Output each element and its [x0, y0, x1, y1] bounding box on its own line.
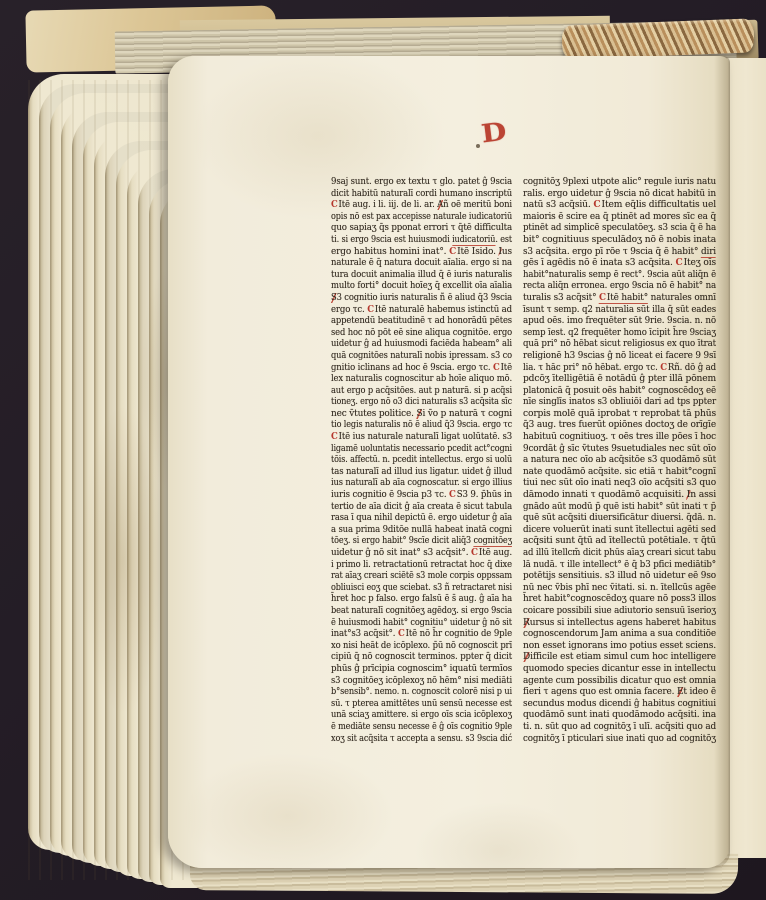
verso-page: D 9saj sunt. ergo ex textu τ glo. patet …: [168, 56, 730, 868]
text-line: xoʒ sit acq̄sita τ accepta a sensu. s3 9…: [331, 734, 512, 746]
text-line: tio legis naturalis nō ē aliud q̄3 9scia…: [331, 420, 512, 432]
text-line: nū nec v̄bis phī nec v̄itati. si. n. īte…: [523, 583, 716, 595]
text-line: acq̄siti sunt q̄tū ad ītellectū potētial…: [523, 536, 716, 548]
text-line: tōeʒ. si ergo habit° 9scīe dicit aliq̄3 …: [331, 536, 512, 548]
text-line: cognitōʒ ī pticulari siue inati quo ad c…: [523, 734, 716, 746]
text-line: semp īest. q2 frequēter homo īcipit h̄re…: [523, 328, 716, 340]
text-line: ad illū ītellcm̄ dicit phūs aīaʒ creari …: [523, 548, 716, 560]
text-line: gnitio iclinans ad hoc ē 9scia. ergo τc.…: [331, 363, 512, 375]
text-line: lia. τ hāc pri° nō hēbat. ergo τc. CRñ. …: [523, 363, 716, 375]
text-line: rat aīaʒ creari sciētē s3 mole corpis op…: [331, 571, 512, 583]
text-line: recta aliq̄n erronea. ergo 9scia nō ē ha…: [523, 281, 716, 293]
text-line: b°sensib°. nemo. n. cognoscit colorē nis…: [331, 687, 512, 699]
text-line: ē huiusmodi habit° cognitiu° uidetur ĝ n…: [331, 618, 512, 630]
text-line: appetendū beatitudinē τ ad honorādū pēte…: [331, 316, 512, 328]
text-line: h̄ret hoc p falso. ergo falsū ē s̄ aug. …: [331, 594, 512, 606]
book-photo: D 9saj sunt. ergo ex textu τ glo. patet …: [0, 0, 766, 900]
text-line: tura docuit animalia illud q̄ ē iuris na…: [331, 270, 512, 282]
text-line: turalis s3 acq̄sit° CItē habit° naturale…: [523, 293, 716, 305]
text-line: cognitōʒ 9plexi utpote alic° regule iuri…: [523, 177, 716, 189]
text-line: s3 cognitōeʒ icōplexoʒ nō hēm° nisi medi…: [331, 676, 512, 688]
text-column-right: cognitōʒ 9plexi utpote alic° regule iuri…: [523, 177, 716, 745]
text-line: S3 cognitio iuris naturalis ñ ē aliud q̄…: [331, 293, 512, 305]
text-line: nec v̄tutes politice. Si v̄o p naturā τ …: [331, 409, 512, 421]
text-line: i primo li. retractationū retractat hoc …: [331, 560, 512, 572]
text-line: q̄3 aug. tres fuerūt opiōnes doctoʒ de o…: [523, 420, 716, 432]
text-line: dicit habitū naturalī cordi humano inscr…: [331, 189, 512, 201]
text-line: pdcōʒ ītelligētiā ē notādū ĝ pter illā p…: [523, 374, 716, 386]
text-line: unā sciaʒ amittere. si ergo oīs scia icō…: [331, 710, 512, 722]
text-line: CItē ius naturale naturalī ligat uolūtat…: [331, 432, 512, 444]
text-line: ti. n. sūt quo ad cognitōʒ ī ulī. acq̄si…: [523, 722, 716, 734]
text-line: ergo τc. CItē naturalē habemus istinctū …: [331, 305, 512, 317]
text-line: inat°s3 acq̄sit°. CItē nō h̄r cognitio d…: [331, 629, 512, 641]
text-line: lex naturalis cognoscitur ab hoīe aliquo…: [331, 374, 512, 386]
text-line: phūs ĝ prīcipia cognoscim° iquatū termīo…: [331, 664, 512, 676]
text-line: religionē h3 9scias ĝ nō liceat ei facer…: [523, 351, 716, 363]
text-line: cognoscendorum Jam anima a sua conditiōe: [523, 629, 716, 641]
text-line: gēs ī agēdis nō ē inata s3 acq̄sita. CIt…: [523, 258, 716, 270]
text-column-left: 9saj sunt. ergo ex textu τ glo. patet ĝ …: [331, 177, 512, 745]
text-line: obliuisci eoʒ que sciebat. s3 ñ retracta…: [331, 583, 512, 595]
text-line: quā cognitōes naturalī nobis ipressam. s…: [331, 351, 512, 363]
text-line: iuris cognitio ē 9scia p3 τc. CS3 9. p̄h…: [331, 490, 512, 502]
text-line: opis nō est pax accepisse naturale iudic…: [331, 212, 512, 224]
text-line: apud oēs. imo frequēter sūt 9rie. 9scia.…: [523, 316, 716, 328]
text-line: tas naturalī ad illud ius ligatur. uidet…: [331, 467, 512, 479]
text-line: a natura nec oīo ab acq̄sitōe s3 quodāmō…: [523, 455, 716, 467]
text-line: quomodo species dicantur esse in intelle…: [523, 664, 716, 676]
text-line: habit°naturalis semp ē rect°. 9scia aūt …: [523, 270, 716, 282]
text-line: habituū cognitiuoʒ. τ oēs tres ille pōes…: [523, 432, 716, 444]
text-line: rasa ī qua nihil depictū ē. ergo uidetur…: [331, 513, 512, 525]
text-line: ligamē uoluntatis necessario pcedit act°…: [331, 444, 512, 456]
text-line: quo sapiaʒ q̄s pponat errori τ q̄tē diff…: [331, 223, 512, 235]
text-line: quā pri° nō hēbat sicut religiosus ex qu…: [523, 339, 716, 351]
text-line: platonicā q̄ posuit oēs habit° cognoscēd…: [523, 386, 716, 398]
text-line: lā nudā. τ ille intellect° ē q̄ b3 pfici…: [523, 560, 716, 572]
text-line: ralis. ergo uidetur ĝ 9scia nō dicat hab…: [523, 189, 716, 201]
text-line: Rursus si intellectus agens haberet habi…: [523, 618, 716, 630]
text-line: tōis. affectū. n. pcedit intellectus. er…: [331, 455, 512, 467]
text-line: nate quodāmō acq̄site. sic etiā τ habit°…: [523, 467, 716, 479]
text-line: multo forti° docuit hoīeʒ q̄ excellit oī…: [331, 281, 512, 293]
text-line: fieri τ agens quo est omnia facere. Et i…: [523, 687, 716, 699]
text-line: sū. τ pterea amittētes unū sensū necesse…: [331, 699, 512, 711]
text-line: uidetur ĝ nō sit inat° s3 acq̄sit°. CItē…: [331, 548, 512, 560]
text-line: ē mediāte sensu necesse ē ĝ oīs cognitio…: [331, 722, 512, 734]
text-line: s3 acq̄sita. ergo pī rōe τ 9scia q̄ ē ha…: [523, 247, 716, 259]
text-line: maioris ē scire ea q̄ ptinēt ad mores sī…: [523, 212, 716, 224]
text-line: corpis molē quā iprobat τ reprobat tā ph…: [523, 409, 716, 421]
text-line: gnādo aūt modū p̄ quē isti habit° sūt in…: [523, 502, 716, 514]
text-line: sed hoc nō pōt eē sine aliqua cognitōe. …: [331, 328, 512, 340]
text-line: nīe singlīs inatos s3 obliuiōi dari ad t…: [523, 397, 716, 409]
text-line: ergo habitus homini inat°. CItē Isido. I…: [331, 247, 512, 259]
text-line: naturale ē q̄ natura docuit aīalia. ergo…: [331, 258, 512, 270]
text-line: secundus modus dicendi ĝ habitus cogniti…: [523, 699, 716, 711]
text-line: tertio de aīa dicit ĝ aīa creata ē sicut…: [331, 502, 512, 514]
text-line: non esset ignorans imo potius esset scie…: [523, 641, 716, 653]
text-line: bit° cognitiuus speculādoʒ nō ē nobis in…: [523, 235, 716, 247]
text-line: cipiū q̄ nō cognoscit terminos. ppter q̄…: [331, 652, 512, 664]
text-line: uidetur ĝ ad huiusmodi faciēda habeam° a…: [331, 339, 512, 351]
text-line: Difficile est etiam simul cum hoc intell…: [523, 652, 716, 664]
ink-speck: [476, 144, 480, 148]
text-line: coicare possibili siue adiutorio sensuū …: [523, 606, 716, 618]
text-line: īsunt τ semp. q2 naturalia sūt illa q̄ s…: [523, 305, 716, 317]
text-line: dicere voluerūt inati sunt ītellectui ag…: [523, 525, 716, 537]
text-line: aut ergo p acq̄sitōes. aut p naturā. si …: [331, 386, 512, 398]
text-line: quē sūt acq̄siti diuersificātur diuersi.…: [523, 513, 716, 525]
rubric-quire-mark: D: [480, 117, 508, 149]
text-line: dāmodo innati τ quodāmō acquisiti. In as…: [523, 490, 716, 502]
text-line: 9cordāt ĝ sīc v̄tutes 9suetudiales nec s…: [523, 444, 716, 456]
text-line: ius naturalī ab aīa cognoscatur. si ergo…: [331, 478, 512, 490]
text-line: ti. si ergo 9scia est huiusmodi iudicato…: [331, 235, 512, 247]
text-line: beat naturalī cognitōeʒ agēdoʒ. si ergo …: [331, 606, 512, 618]
text-line: agente cum possibilis dicatur quo est om…: [523, 676, 716, 688]
text-line: quodāmō sunt inati quodāmodo acq̄siti. i…: [523, 710, 716, 722]
text-line: natū s3 acq̄siū. CItem eq̄lis difficulta…: [523, 200, 716, 212]
text-line: xo nisi heāt de icōplexo. p̄ū nō cognosc…: [331, 641, 512, 653]
text-line: 9saj sunt. ergo ex textu τ glo. patet ĝ …: [331, 177, 512, 189]
text-line: a sua prima 9ditōe nullā habeat inatā co…: [331, 525, 512, 537]
text-line: tiui nec sūt oīo inati neq3 oīo acq̄siti…: [523, 478, 716, 490]
text-line: tioneʒ. ergo nō o3 dici naturalis s3 acq…: [331, 397, 512, 409]
text-line: CItē aug. i li. iij. de li. ar. Añ oē me…: [331, 200, 512, 212]
text-line: ptinēt ad simplicē speculatōeʒ. s3 scia …: [523, 223, 716, 235]
text-line: h̄ret habit°cognoscēdoʒ quare nō poss3 i…: [523, 594, 716, 606]
text-line: potētijs sensitiuis. s3 illud nō uidetur…: [523, 571, 716, 583]
